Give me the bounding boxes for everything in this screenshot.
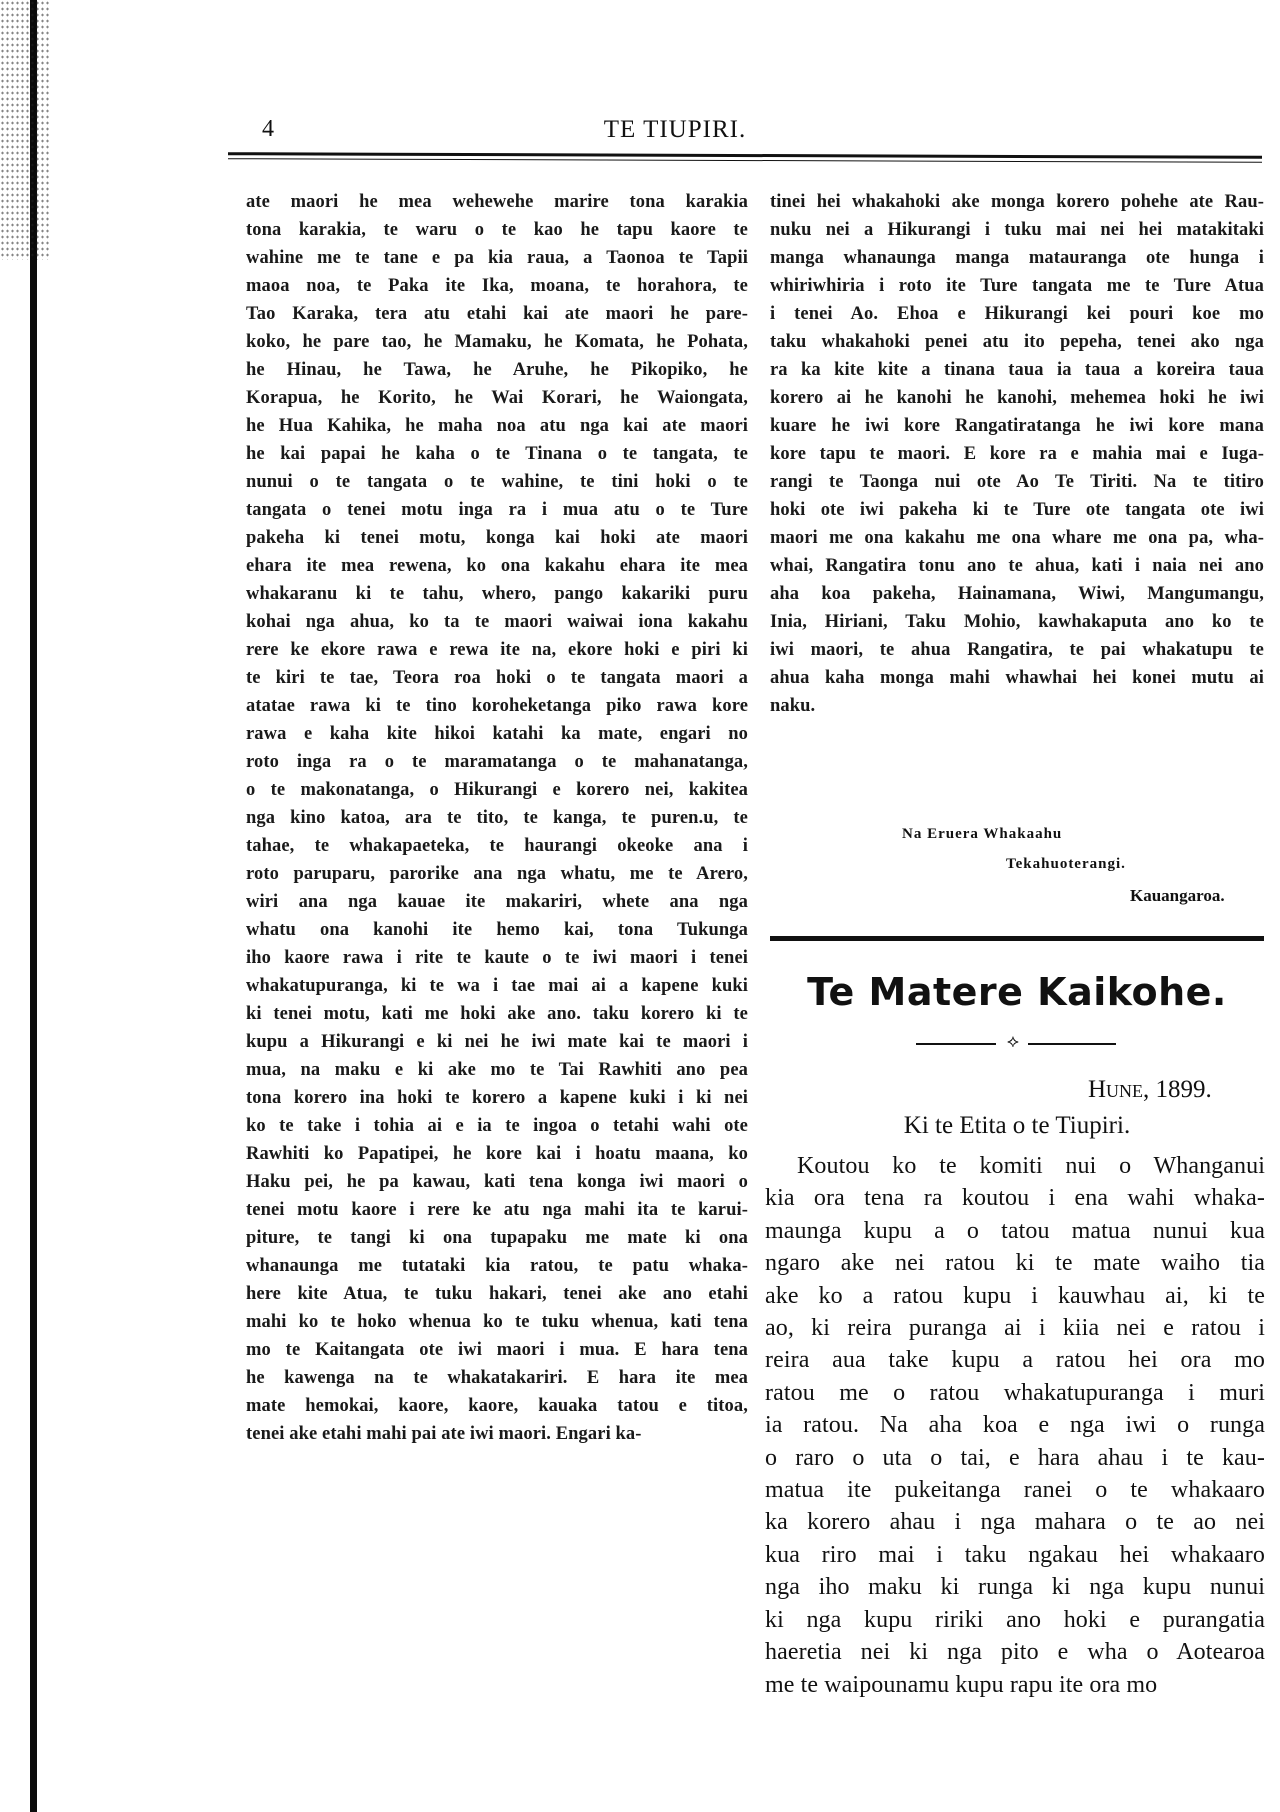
text-line: aha koa pakeha, Hainamana, Wiwi, Manguma… (770, 580, 1264, 608)
left-column: ate maori he mea wehewehe marire tona ka… (246, 188, 748, 1448)
text-line: ehara ite mea rewena, ko ona kakahu ehar… (246, 552, 748, 580)
text-line: maori me ona kakahu me ona whare me ona … (770, 524, 1264, 552)
text-line: Rawhiti ko Papatipei, he kore kai i hoat… (246, 1140, 748, 1168)
text-line: tangata o tenei motu inga ra i mua atu o… (246, 496, 748, 524)
text-line: nga kino katoa, ara te tito, te kanga, t… (246, 804, 748, 832)
text-line: whakaranu ki te tahu, whero, pango kakar… (246, 580, 748, 608)
text-line: ki nga kupu ririki ano hoki e purangatia (765, 1604, 1265, 1636)
article-salutation: Ki te Etita o te Tiupiri. (770, 1112, 1264, 1140)
text-line: tenei ake etahi mahi pai ate iwi maori. … (246, 1420, 748, 1448)
text-line: Haku pei, he pa kawau, kati tena konga i… (246, 1168, 748, 1196)
text-line: o raro o uta o tai, e hara ahau i te kau… (765, 1442, 1265, 1474)
text-line: kua riro mai i taku ngakau hei whakaaro (765, 1539, 1265, 1571)
text-line: tinei hei whakahoki ake monga korero poh… (770, 188, 1264, 216)
text-line: ake ko a ratou kupu i kauwhau ai, ki te (765, 1280, 1265, 1312)
text-line: ki tenei motu, kati me hoki ake ano. tak… (246, 1000, 748, 1028)
text-line: ahua kaha monga mahi whawhai hei konei m… (770, 664, 1264, 692)
text-line: tenei motu kaore i rere ke atu nga mahi … (246, 1196, 748, 1224)
text-line: wahine me te tane e pa kia raua, a Taono… (246, 244, 748, 272)
text-line: he Hinau, he Tawa, he Aruhe, he Pikopiko… (246, 356, 748, 384)
text-line: whakatupuranga, ki te wa i tae mai ai a … (246, 972, 748, 1000)
text-line: wiri ana nga kauae ite makariri, whete a… (246, 888, 748, 916)
text-line: kohai nga ahua, ko ta te maori waiwai io… (246, 608, 748, 636)
text-line: ra ka kite kite a tinana taua ia taua a … (770, 356, 1264, 384)
ornament-divider: ⟡ (916, 1037, 1126, 1051)
article-dateline: Hune, 1899. (1088, 1076, 1212, 1104)
text-line: piture, te tangi ki ona tupapaku me mate… (246, 1224, 748, 1252)
right-column: tinei hei whakahoki ake monga korero poh… (770, 188, 1264, 720)
text-line: ka korero ahau i nga mahara o te ao nei (765, 1506, 1265, 1538)
text-line: mo te Kaitangata ote iwi maori i mua. E … (246, 1336, 748, 1364)
text-line: maunga kupu a o tatou matua nunui kua (765, 1215, 1265, 1247)
text-line: rawa e kaha kite hikoi katahi ka mate, e… (246, 720, 748, 748)
text-line: tona karakia, te waru o te kao he tapu k… (246, 216, 748, 244)
text-line: ko te take i tohia ai e ia te ingoa o te… (246, 1112, 748, 1140)
text-line: Korapua, he Korito, he Wai Korari, he Wa… (246, 384, 748, 412)
text-line: rangi te Taonga nui ote Ao Te Tiriti. Na… (770, 468, 1264, 496)
signature-place: Kauangaroa. (1130, 886, 1225, 906)
article-body: Koutou ko te komiti nui o Whanganuikia o… (765, 1150, 1265, 1701)
text-line: Koutou ko te komiti nui o Whanganui (765, 1150, 1265, 1182)
text-line: mua, na maku e ki ake mo te Tai Rawhiti … (246, 1056, 748, 1084)
text-line: roto paruparu, parorike ana nga whatu, m… (246, 860, 748, 888)
text-line: Inia, Hiriani, Taku Mohio, kawhakaputa a… (770, 608, 1264, 636)
text-line: te kiri te tae, Teora roa hoki o te tang… (246, 664, 748, 692)
text-line: rere ke ekore rawa e rewa ite na, ekore … (246, 636, 748, 664)
text-line: kore tapu te maori. E kore ra e mahia ma… (770, 440, 1264, 468)
text-line: iho kaore rawa i rite te kaute o te iwi … (246, 944, 748, 972)
text-line: ia ratou. Na aha koa e nga iwi o runga (765, 1409, 1265, 1441)
text-line: haeretia nei ki nga pito e wha o Aotearo… (765, 1636, 1265, 1668)
text-line: naku. (770, 692, 1264, 720)
text-line: korero ai he kanohi he kanohi, mehemea h… (770, 384, 1264, 412)
text-line: o te makonatanga, o Hikurangi e korero n… (246, 776, 748, 804)
text-line: kuare he iwi kore Rangatiratanga he iwi … (770, 412, 1264, 440)
text-line: whiriwhiria i roto ite Ture tangata me t… (770, 272, 1264, 300)
text-line: mahi ko te hoko whenua ko te tuku whenua… (246, 1308, 748, 1336)
signature-surname: Tekahuoterangi. (1006, 856, 1126, 873)
text-line: koko, he pare tao, he Mamaku, he Komata,… (246, 328, 748, 356)
masthead-title: TE TIUPIRI. (0, 116, 1280, 144)
text-line: ngaro ake nei ratou ki te mate waiho tia (765, 1247, 1265, 1279)
ornament-icon: ⟡ (1007, 1031, 1019, 1052)
text-line: taku whakahoki penei atu ito pepeha, ten… (770, 328, 1264, 356)
text-line: he Hua Kahika, he maha noa atu nga kai a… (246, 412, 748, 440)
text-line: whai, Rangatira tonu ano te ahua, kati i… (770, 552, 1264, 580)
signature-author: Na Eruera Whakaahu (902, 826, 1062, 843)
text-line: ratou me o ratou whakatupuranga i muri (765, 1377, 1265, 1409)
text-line: he kai papai he kaha o te Tinana o te ta… (246, 440, 748, 468)
text-line: pakeha ki tenei motu, konga kai hoki ate… (246, 524, 748, 552)
article-title: Te Matere Kaikohe. (770, 970, 1264, 1014)
text-line: me te waipounamu kupu rapu ite ora mo (765, 1669, 1265, 1701)
text-line: iwi maori, te ahua Rangatira, te pai wha… (770, 636, 1264, 664)
text-line: he kawenga na te whakatakariri. E hara i… (246, 1364, 748, 1392)
text-line: whatu ona kanohi ite hemo kai, tona Tuku… (246, 916, 748, 944)
text-line: nga iho maku ki runga ki nga kupu nunui (765, 1571, 1265, 1603)
text-line: manga whanaunga manga matauranga ote hun… (770, 244, 1264, 272)
text-line: atatae rawa ki te tino koroheketanga pik… (246, 692, 748, 720)
section-divider (770, 936, 1264, 941)
text-line: here kite Atua, te tuku hakari, tenei ak… (246, 1280, 748, 1308)
ornament-bar-right (1028, 1043, 1116, 1045)
text-line: hoki ote iwi pakeha ki te Ture ote tanga… (770, 496, 1264, 524)
text-line: nuku nei a Hikurangi i tuku mai nei hei … (770, 216, 1264, 244)
text-line: tona korero ina hoki te korero a kapene … (246, 1084, 748, 1112)
header-rule-thin (228, 158, 1262, 163)
text-line: reira aua take kupu a ratou hei ora mo (765, 1344, 1265, 1376)
text-line: nunui o te tangata o te wahine, te tini … (246, 468, 748, 496)
text-line: maoa noa, te Paka ite Ika, moana, te hor… (246, 272, 748, 300)
text-line: ao, ki reira puranga ai i kiia nei e rat… (765, 1312, 1265, 1344)
text-line: mate hemokai, kaore, kaore, kauaka tatou… (246, 1392, 748, 1420)
text-line: kupu a Hikurangi e ki nei he iwi mate ka… (246, 1028, 748, 1056)
text-line: i tenei Ao. Ehoa e Hikurangi kei pouri k… (770, 300, 1264, 328)
page-binding-edge (30, 0, 37, 1812)
text-line: ate maori he mea wehewehe marire tona ka… (246, 188, 748, 216)
text-line: whanaunga me tutataki kia ratou, te patu… (246, 1252, 748, 1280)
text-line: matua ite pukeitanga ranei o te whakaaro (765, 1474, 1265, 1506)
ornament-bar-left (916, 1043, 996, 1045)
text-line: tahae, te whakapaeteka, te haurangi okeo… (246, 832, 748, 860)
text-line: kia ora tena ra koutou i ena wahi whaka- (765, 1182, 1265, 1214)
text-line: Tao Karaka, tera atu etahi kai ate maori… (246, 300, 748, 328)
text-line: roto inga ra o te maramatanga o te mahan… (246, 748, 748, 776)
